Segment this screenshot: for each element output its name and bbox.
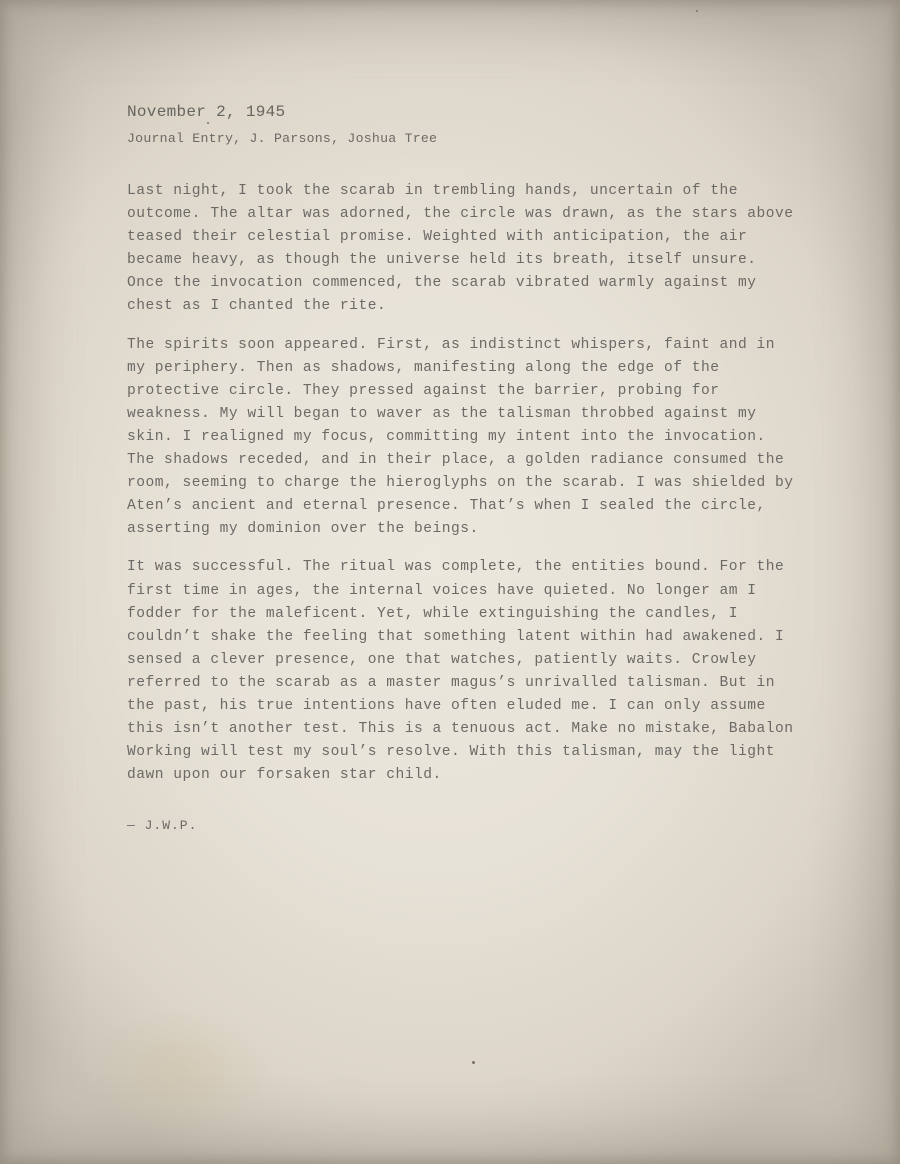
paper-speck (696, 10, 698, 12)
paper-speck (472, 1061, 475, 1064)
paragraph-3: It was successful. The ritual was comple… (127, 556, 827, 787)
paragraph-1: Last night, I took the scarab in trembli… (127, 180, 827, 319)
entry-subtitle: Journal Entry, J. Parsons, Joshua Tree (127, 130, 827, 148)
entry-date: November 2, 1945 (127, 101, 827, 123)
journal-entry: November 2, 1945 Journal Entry, J. Parso… (127, 101, 827, 835)
paragraph-2: The spirits soon appeared. First, as ind… (127, 334, 827, 542)
signature: — J.W.P. (127, 817, 827, 835)
